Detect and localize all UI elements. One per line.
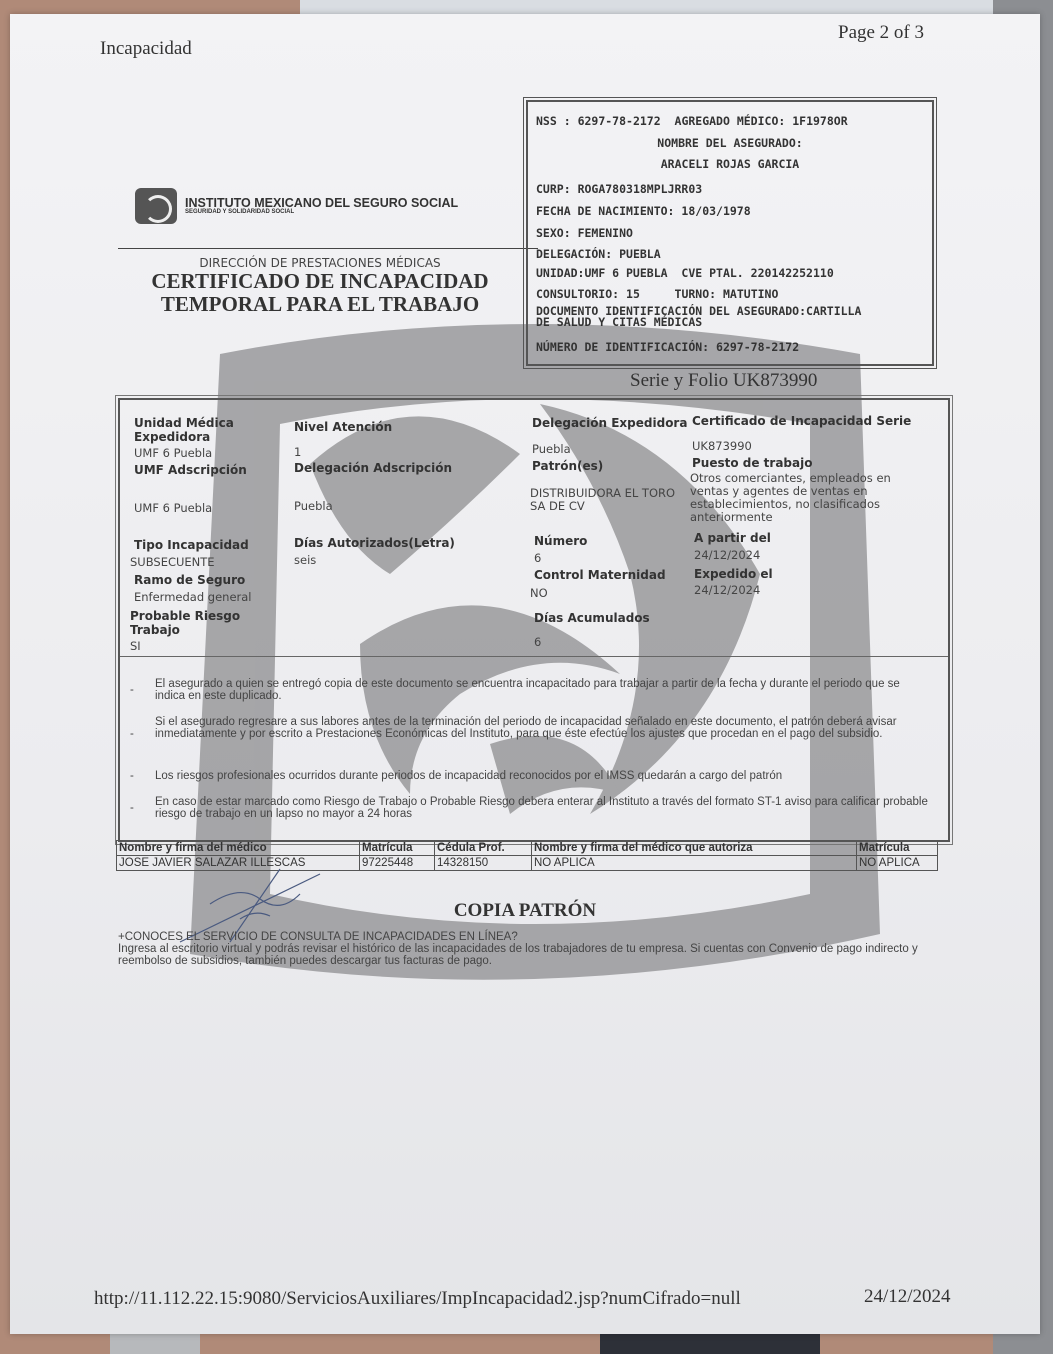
riesgo-value: SI [130, 640, 141, 653]
umf-adscripcion-label: UMF Adscripción [134, 463, 247, 477]
column-header: Cédula Prof. [435, 841, 532, 856]
details-divider [120, 656, 948, 657]
notice-text: El asegurado a quien se entregó copia de… [155, 678, 930, 702]
delegacion-expedidora-label: Delegación Expedidora [532, 416, 687, 430]
institution-tagline: SEGURIDAD Y SOLIDARIDAD SOCIAL [185, 209, 458, 215]
dias-letra-value: seis [294, 554, 316, 567]
notice-item: - En caso de estar marcado como Riesgo d… [130, 796, 930, 820]
consulta-body: Ingresa al escritorio virtual y podrás r… [118, 943, 948, 967]
maternidad-label: Control Maternidad [534, 568, 666, 582]
patron-value: DISTRIBUIDORA EL TORO SA DE CV [530, 487, 685, 513]
column-header: Matrícula [360, 841, 435, 856]
notice-text: Si el asegurado regresare a sus labores … [155, 716, 930, 740]
birth-row: FECHA DE NACIMIENTO: 18/03/1978 [536, 204, 751, 218]
umf-adscripcion-value: UMF 6 Puebla [134, 502, 212, 515]
tipo-incapacidad-label: Tipo Incapacidad [134, 538, 249, 552]
page-header-title: Incapacidad [100, 38, 192, 60]
agregado-label: AGREGADO MÉDICO: [675, 114, 786, 128]
authorizing-matricula: NO APLICA [857, 856, 938, 871]
nss-value: 6297-78-2172 [578, 114, 661, 128]
delegacion-label: DELEGACIÓN: [536, 247, 612, 261]
curp-value: ROGA780318MPLJRR03 [578, 182, 703, 196]
riesgo-label: Probable Riesgo Trabajo [130, 609, 260, 637]
delegacion-expedidora-value: Puebla [532, 443, 571, 456]
column-header: Matrícula [857, 841, 938, 856]
birth-value: 18/03/1978 [681, 204, 750, 218]
notice-text: Los riesgos profesionales ocurridos dura… [155, 770, 930, 782]
maternidad-value: NO [530, 587, 548, 600]
delegacion-adscripcion-value: Puebla [294, 500, 333, 513]
agregado-value: 1F1978OR [792, 114, 847, 128]
unidad-row: UNIDAD:UMF 6 PUEBLA CVE PTAL. 2201422521… [536, 266, 834, 280]
authorizing-doctor: NO APLICA [532, 856, 857, 871]
bullet-dash: - [130, 728, 134, 740]
acumulados-label: Días Acumulados [534, 611, 650, 625]
sex-value: FEMENINO [578, 226, 633, 240]
nss-label: NSS : [536, 114, 571, 128]
dias-letra-label: Días Autorizados(Letra) [294, 536, 455, 550]
column-header: Nombre y firma del médico [117, 841, 360, 856]
nivel-label: Nivel Atención [294, 420, 392, 434]
insured-name: ARACELI ROJAS GARCIA [528, 157, 932, 171]
title-line-1: CERTIFICADO DE INCAPACIDAD [110, 270, 530, 293]
curp-row: CURP: ROGA780318MPLJRR03 [536, 182, 702, 196]
birth-label: FECHA DE NACIMIENTO: [536, 204, 674, 218]
insured-name-label: NOMBRE DEL ASEGURADO: [528, 136, 932, 150]
ramo-label: Ramo de Seguro [134, 573, 245, 587]
a-partir-label: A partir del [694, 531, 771, 545]
consulta-heading: +CONOCES EL SERVICIO DE CONSULTA DE INCA… [118, 931, 948, 943]
puesto-value: Otros comerciantes, empleados en ventas … [690, 472, 900, 524]
tipo-incapacidad-value: SUBSECUENTE [130, 556, 215, 569]
imss-logo-icon [135, 188, 177, 224]
insured-info-box: NSS : 6297-78-2172 AGREGADO MÉDICO: 1F19… [526, 100, 934, 366]
notice-item: - Los riesgos profesionales ocurridos du… [130, 770, 930, 782]
cert-serie-value: UK873990 [692, 440, 752, 453]
unidad-label: UNIDAD: [536, 266, 584, 280]
consulta-info: +CONOCES EL SERVICIO DE CONSULTA DE INCA… [118, 931, 948, 967]
certificate-title: CERTIFICADO DE INCAPACIDAD TEMPORAL PARA… [110, 270, 530, 316]
certificate-details: Unidad Médica Expedidora UMF 6 Puebla Ni… [118, 398, 950, 842]
nss-row: NSS : 6297-78-2172 AGREGADO MÉDICO: 1F19… [536, 114, 848, 128]
title-line-2: TEMPORAL PARA EL TRABAJO [110, 293, 530, 316]
delegacion-value: PUEBLA [619, 247, 661, 261]
cve-label: CVE PTAL. [681, 266, 743, 280]
sex-row: SEXO: FEMENINO [536, 226, 633, 240]
expedido-value: 24/12/2024 [694, 584, 760, 597]
turno-label: TURNO: [675, 287, 717, 301]
cve-value: 220142252110 [751, 266, 834, 280]
page-indicator: Page 2 of 3 [838, 22, 924, 44]
numero-label: Número [534, 534, 587, 548]
doctor-cedula: 14328150 [435, 856, 532, 871]
patron-label: Patrón(es) [532, 459, 603, 473]
acumulados-value: 6 [534, 636, 541, 649]
notice-text: En caso de estar marcado como Riesgo de … [155, 796, 930, 820]
ramo-value: Enfermedad general [134, 591, 252, 604]
footer-url: http://11.112.22.15:9080/ServiciosAuxili… [94, 1288, 741, 1310]
institution-header: INSTITUTO MEXICANO DEL SEGURO SOCIAL SEG… [135, 188, 458, 224]
serie-folio: Serie y Folio UK873990 [630, 370, 817, 392]
bullet-dash: - [130, 684, 134, 696]
consultorio-label: CONSULTORIO: [536, 287, 619, 301]
bullet-dash: - [130, 770, 134, 782]
footer-date: 24/12/2024 [864, 1286, 951, 1308]
consultorio-value: 15 [626, 287, 640, 301]
table-header-row: Nombre y firma del médico Matrícula Cédu… [117, 841, 938, 856]
doctor-matricula: 97225448 [360, 856, 435, 871]
unidad-expedidora-value: UMF 6 Puebla [134, 447, 212, 460]
notice-item: - El asegurado a quien se entregó copia … [130, 678, 930, 702]
expedido-label: Expedido el [694, 567, 773, 581]
turno-value: MATUTINO [723, 287, 778, 301]
numero-value: 6 [534, 552, 541, 565]
curp-label: CURP: [536, 182, 571, 196]
delegacion-row: DELEGACIÓN: PUEBLA [536, 247, 661, 261]
copia-patron-title: COPIA PATRÓN [10, 900, 1040, 922]
notice-item: - Si el asegurado regresare a sus labore… [130, 716, 930, 740]
num-id-value: 6297-78-2172 [716, 340, 799, 354]
delegacion-adscripcion-label: Delegación Adscripción [294, 461, 452, 475]
bullet-dash: - [130, 802, 134, 814]
unidad-value: UMF 6 PUEBLA [584, 266, 667, 280]
num-id-row: NÚMERO DE IDENTIFICACIÓN: 6297-78-2172 [536, 340, 799, 354]
direction-label: DIRECCIÓN DE PRESTACIONES MÉDICAS [110, 256, 530, 270]
institution-name: INSTITUTO MEXICANO DEL SEGURO SOCIAL [185, 197, 458, 210]
cert-serie-label: Certificado de Incapacidad Serie [692, 414, 911, 428]
num-id-label: NÚMERO DE IDENTIFICACIÓN: [536, 340, 709, 354]
consultorio-row: CONSULTORIO: 15 TURNO: MATUTINO [536, 287, 778, 301]
doc-id-row: DOCUMENTO IDENTIFICACIÓN DEL ASEGURADO:C… [536, 306, 861, 328]
column-header: Nombre y firma del médico que autoriza [532, 841, 857, 856]
doc-id-line-2: DE SALUD Y CITAS MÉDICAS [536, 317, 861, 328]
sex-label: SEXO: [536, 226, 571, 240]
header-divider [118, 248, 538, 249]
a-partir-value: 24/12/2024 [694, 549, 760, 562]
document-page: Incapacidad Page 2 of 3 INSTITUTO MEXICA… [10, 14, 1040, 1334]
unidad-expedidora-label: Unidad Médica Expedidora [134, 416, 264, 444]
nivel-value: 1 [294, 446, 301, 459]
puesto-label: Puesto de trabajo [692, 456, 812, 470]
